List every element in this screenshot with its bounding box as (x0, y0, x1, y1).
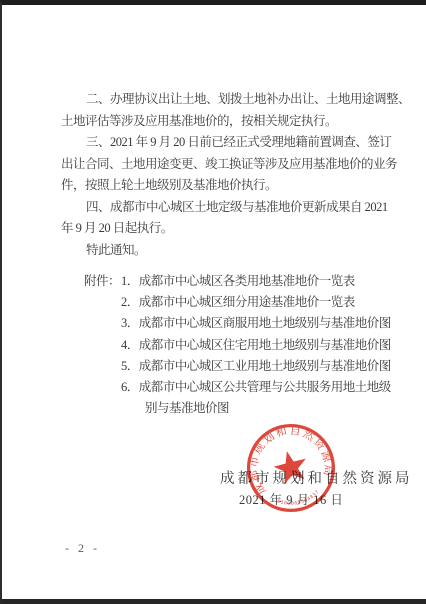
document-body: 二、办理协议出让土地、划拨土地补办出让、土地用途调整、 土地评估等涉及应用基准地… (61, 89, 417, 261)
attachment-item: 2．成都市中心城区细分用途基准地价一览表 (84, 292, 414, 313)
seal-star-icon (271, 447, 311, 486)
body-line: 土地评估等涉及应用基准地价的，按相关规定执行。 (61, 111, 417, 133)
attachment-item-continuation: 别与基准地价图 (84, 398, 414, 419)
seal-code-text: 5101005564837 (275, 488, 323, 511)
body-line: 出让合同、土地用途变更、竣工换证等涉及应用基准地价的业务 (61, 154, 417, 176)
body-line: 年 9 月 20 日起执行。 (61, 218, 417, 240)
body-line: 件，按照上轮土地级别及基准地价执行。 (61, 175, 417, 197)
attachment-list: 附件： 1．成都市中心城区各类用地基准地价一览表 2．成都市中心城区细分用途基准… (84, 271, 414, 419)
body-line: 四、成都市中心城区土地定级与基准地价更新成果自 2021 (61, 197, 417, 219)
body-line: 特此通知。 (61, 240, 417, 262)
attachment-item: 6．成都市中心城区公共管理与公共服务用地土地级 (84, 377, 414, 398)
attachment-item: 3．成都市中心城区商服用地土地级别与基准地价图 (84, 313, 414, 334)
attachment-label: 附件： (84, 271, 121, 292)
attachment-row: 附件： 1．成都市中心城区各类用地基准地价一览表 (84, 271, 414, 292)
attachment-item: 1．成都市中心城区各类用地基准地价一览表 (121, 271, 355, 292)
document-page: 二、办理协议出让土地、划拨土地补办出让、土地用途调整、 土地评估等涉及应用基准地… (0, 0, 426, 604)
body-line: 三、2021 年 9 月 20 日前已经正式受理地籍前置调查、签订 (61, 132, 417, 154)
attachment-item: 5．成都市中心城区工业用地土地级别与基准地价图 (84, 356, 414, 377)
page-number: - 2 - (65, 541, 100, 556)
attachment-item: 4．成都市中心城区住宅用地土地级别与基准地价图 (84, 335, 414, 356)
body-line: 二、办理协议出让土地、划拨土地补办出让、土地用途调整、 (61, 89, 417, 111)
